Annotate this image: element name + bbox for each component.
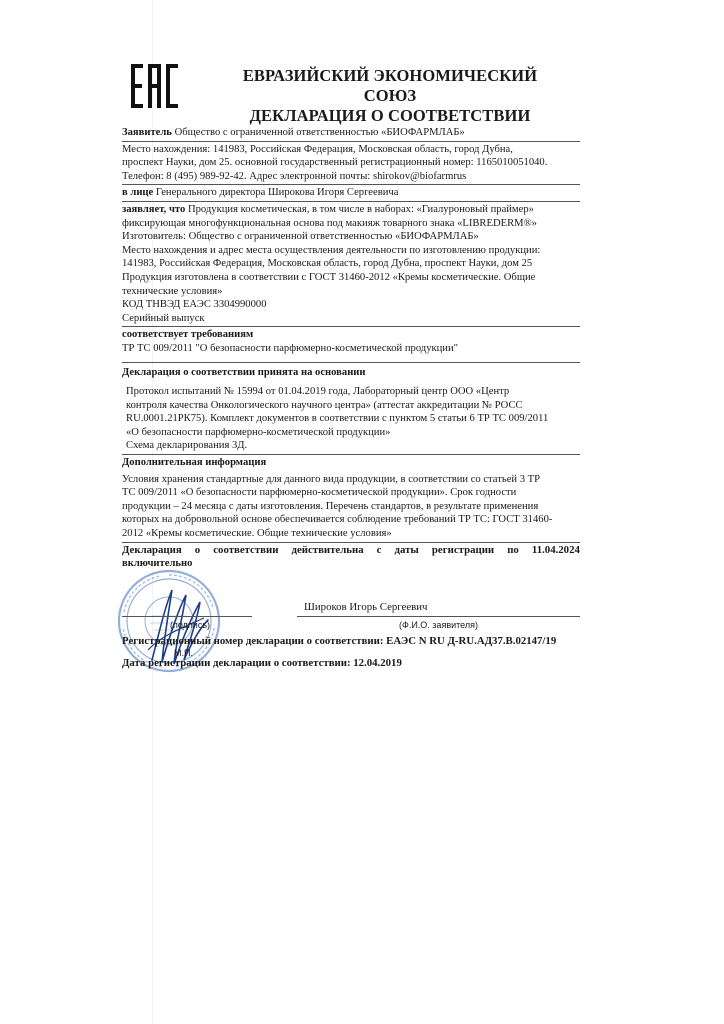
validity-date: 11.04.2024 [532,544,580,558]
declaration-page: ЕВРАЗИЙСКИЙ ЭКОНОМИЧЕСКИЙ СОЮЗ ДЕКЛАРАЦИ… [0,0,724,1024]
validity-word: с [377,544,382,558]
signature-line [122,616,252,617]
conformity-value: ТР ТС 009/2011 "О безопасности парфюмерн… [122,342,580,356]
basis-line: RU.0001.21РК75). Комплект документов в с… [126,412,580,426]
applicant-row: Заявитель Общество с ограниченной ответс… [122,125,580,142]
declaration-line: Продукция изготовлена в соответствии с Г… [122,271,580,285]
validity-word: даты [395,544,419,558]
basis-line: контроля качества Онкологического научно… [126,399,580,413]
title-declaration: ДЕКЛАРАЦИЯ О СООТВЕТСТВИИ [230,106,550,126]
declaration-body: Заявитель Общество с ограниченной ответс… [122,125,580,682]
validity-word: о [195,544,200,558]
registration-block: Регистрационный номер декларации о соотв… [122,630,592,674]
additional-line: продукции – 24 месяца с даты изготовлени… [122,500,580,514]
declares-label: заявляет, что [122,204,185,215]
applicant-label: Заявитель [122,127,172,138]
basis-line: «О безопасности парфюмерно-косметической… [126,426,580,440]
address-line: Телефон: 8 (495) 989-92-42. Адрес электр… [122,170,580,184]
declaration-line: Продукция косметическая, в том числе в н… [188,204,534,215]
validity-word: Декларация [122,544,182,558]
represented-label: в лице [122,187,153,198]
conformity-section: соответствует требованиям ТР ТС 009/2011… [122,327,580,362]
declaration-line: КОД ТНВЭД ЕАЭС 3304990000 [122,298,580,312]
additional-line: которых на добровольной основе обеспечив… [122,513,580,527]
conformity-label: соответствует требованиям [122,328,580,342]
declaration-line: Изготовитель: Общество с ограниченной от… [122,230,580,244]
additional-label: Дополнительная информация [122,456,580,470]
declaration-section: заявляет, что Продукция косметическая, в… [122,202,580,327]
address-line: Место нахождения: 141983, Российская Фед… [122,143,580,157]
represented-row: в лице Генерального директора Широкова И… [122,185,580,202]
registration-date: Дата регистрации декларации о соответств… [122,652,592,674]
basis-line: Схема декларирования 3Д. [126,439,580,453]
basis-label: Декларация о соответствии принята на осн… [122,366,580,380]
validity-word: по [507,544,519,558]
applicant-value: Общество с ограниченной ответственностью… [175,127,465,138]
represented-value: Генерального директора Широкова Игоря Се… [156,187,399,198]
additional-line: 2012 «Кремы косметические. Общие техниче… [122,527,580,541]
title-union: ЕВРАЗИЙСКИЙ ЭКОНОМИЧЕСКИЙ СОЮЗ [230,66,550,106]
applicant-address: Место нахождения: 141983, Российская Фед… [122,142,580,186]
validity-line: Декларация о соответствии действительна … [122,544,580,558]
additional-section: Дополнительная информация Условия хранен… [122,455,580,543]
address-line: проспект Науки, дом 25. основной государ… [122,156,580,170]
basis-section: Декларация о соответствии принята на осн… [122,363,580,456]
validity-word: регистрации [432,544,494,558]
name-line [297,616,580,617]
signer-name: Широков Игорь Сергеевич [304,601,427,615]
basis-line: Протокол испытаний № 15994 от 01.04.2019… [126,385,580,399]
declaration-line: Место нахождения и адрес места осуществл… [122,244,580,258]
document-title: ЕВРАЗИЙСКИЙ ЭКОНОМИЧЕСКИЙ СОЮЗ ДЕКЛАРАЦИ… [230,66,550,126]
declaration-line: фиксирующая многофункциональная основа п… [122,217,580,231]
additional-line: Условия хранения стандартные для данного… [122,473,580,487]
registration-number: Регистрационный номер декларации о соотв… [122,630,592,652]
declaration-line: Серийный выпуск [122,312,580,326]
declaration-line: технические условия» [122,285,580,299]
validity-word: действительна [292,544,364,558]
additional-line: ТС 009/2011 «О безопасности парфюмерно-к… [122,486,580,500]
validity-word: соответствии [213,544,278,558]
declaration-line: 141983, Российская Федерация, Московская… [122,257,580,271]
eac-logo-icon [131,64,179,108]
